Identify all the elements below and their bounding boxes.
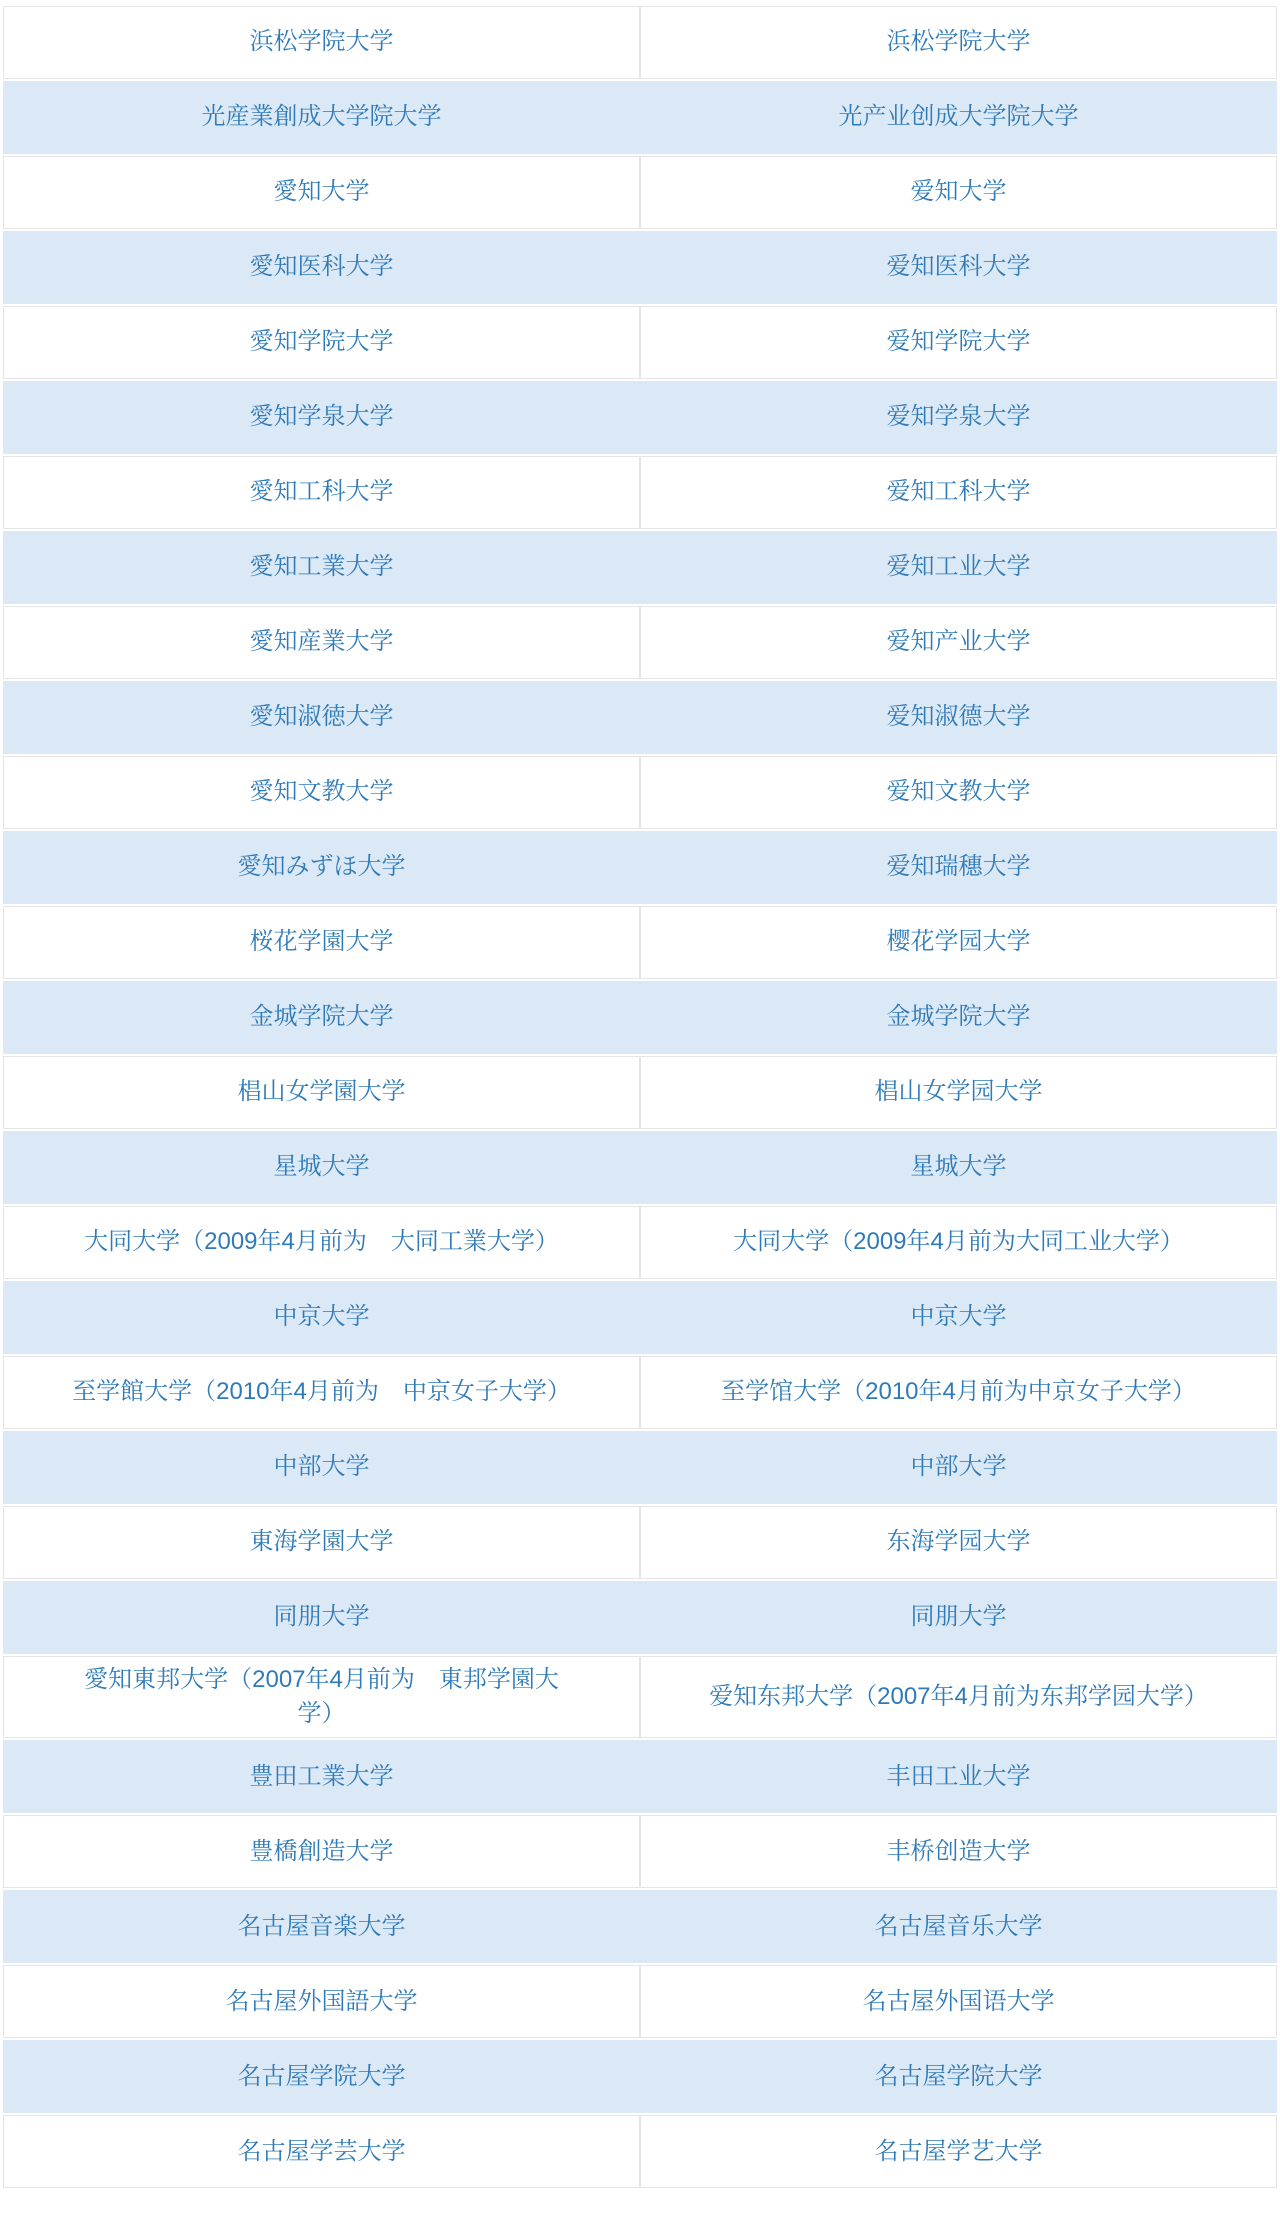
university-name-ja-cell: 東海学園大学 <box>3 1506 640 1579</box>
university-name-zh: 大同大学（2009年4月前为大同工业大学） <box>733 1225 1184 1259</box>
university-name-ja: 愛知淑徳大学 <box>250 700 394 734</box>
university-name-zh-cell: 名古屋外国语大学 <box>640 1965 1277 2038</box>
university-name-ja-cell: 至学館大学（2010年4月前为 中京女子大学） <box>3 1356 640 1429</box>
table-row: 愛知みずほ大学爱知瑞穗大学 <box>3 831 1277 904</box>
university-name-ja-cell: 名古屋外国語大学 <box>3 1965 640 2038</box>
university-name-ja: 愛知東邦大学（2007年4月前为 東邦学園大学） <box>69 1663 574 1731</box>
university-name-zh: 椙山女学园大学 <box>875 1075 1043 1109</box>
university-name-zh: 同朋大学 <box>911 1600 1007 1634</box>
university-name-zh-cell: 浜松学院大学 <box>640 6 1277 79</box>
table-row: 東海学園大学东海学园大学 <box>3 1506 1277 1579</box>
university-name-ja-cell: 光産業創成大学院大学 <box>3 81 640 154</box>
university-name-zh: 爱知工科大学 <box>887 475 1031 509</box>
table-row: 愛知文教大学爱知文教大学 <box>3 756 1277 829</box>
university-name-zh-cell: 中京大学 <box>640 1281 1277 1354</box>
table-row: 愛知大学爱知大学 <box>3 156 1277 229</box>
university-name-ja-cell: 愛知東邦大学（2007年4月前为 東邦学園大学） <box>3 1656 640 1738</box>
university-name-ja: 愛知医科大学 <box>250 250 394 284</box>
page: 浜松学院大学浜松学院大学光産業創成大学院大学光产业创成大学院大学愛知大学爱知大学… <box>0 4 1280 2228</box>
university-name-ja-cell: 中部大学 <box>3 1431 640 1504</box>
university-name-zh-cell: 大同大学（2009年4月前为大同工业大学） <box>640 1206 1277 1279</box>
university-name-zh-cell: 爱知工业大学 <box>640 531 1277 604</box>
table-row: 椙山女学園大学椙山女学园大学 <box>3 1056 1277 1129</box>
table-row: 名古屋学院大学名古屋学院大学 <box>3 2040 1277 2113</box>
university-name-ja: 豊橋創造大学 <box>250 1835 394 1869</box>
university-name-ja: 椙山女学園大学 <box>238 1075 406 1109</box>
table-row: 愛知学泉大学爱知学泉大学 <box>3 381 1277 454</box>
university-name-zh-cell: 椙山女学园大学 <box>640 1056 1277 1129</box>
university-name-ja: 愛知文教大学 <box>250 775 394 809</box>
university-name-zh: 丰田工业大学 <box>887 1760 1031 1794</box>
university-name-zh-cell: 金城学院大学 <box>640 981 1277 1054</box>
university-name-zh: 爱知工业大学 <box>887 550 1031 584</box>
university-name-ja-cell: 豊田工業大学 <box>3 1740 640 1813</box>
university-name-ja-cell: 愛知工業大学 <box>3 531 640 604</box>
university-name-zh-cell: 丰桥创造大学 <box>640 1815 1277 1888</box>
table-row: 桜花学園大学樱花学园大学 <box>3 906 1277 979</box>
university-name-zh: 名古屋学院大学 <box>875 2060 1043 2094</box>
university-name-ja-cell: 愛知みずほ大学 <box>3 831 640 904</box>
university-name-ja: 東海学園大学 <box>250 1525 394 1559</box>
university-name-zh: 丰桥创造大学 <box>887 1835 1031 1869</box>
table-row: 大同大学（2009年4月前为 大同工業大学）大同大学（2009年4月前为大同工业… <box>3 1206 1277 1279</box>
table-row: 愛知医科大学爱知医科大学 <box>3 231 1277 304</box>
table-row: 愛知東邦大学（2007年4月前为 東邦学園大学）爱知东邦大学（2007年4月前为… <box>3 1656 1277 1738</box>
university-name-zh-cell: 爱知医科大学 <box>640 231 1277 304</box>
university-name-ja: 愛知学院大学 <box>250 325 394 359</box>
university-name-ja: 金城学院大学 <box>250 1000 394 1034</box>
university-name-ja: 愛知工科大学 <box>250 475 394 509</box>
university-name-ja: 同朋大学 <box>274 1600 370 1634</box>
university-name-zh: 爱知文教大学 <box>887 775 1031 809</box>
university-table: 浜松学院大学浜松学院大学光産業創成大学院大学光产业创成大学院大学愛知大学爱知大学… <box>3 4 1277 2190</box>
university-name-zh-cell: 爱知工科大学 <box>640 456 1277 529</box>
university-name-zh-cell: 爱知学泉大学 <box>640 381 1277 454</box>
university-name-ja-cell: 名古屋音楽大学 <box>3 1890 640 1963</box>
university-name-zh-cell: 同朋大学 <box>640 1581 1277 1654</box>
university-name-zh: 浜松学院大学 <box>887 25 1031 59</box>
university-name-ja: 愛知工業大学 <box>250 550 394 584</box>
university-name-ja: 至学館大学（2010年4月前为 中京女子大学） <box>72 1375 571 1409</box>
university-name-zh-cell: 爱知大学 <box>640 156 1277 229</box>
university-name-zh: 金城学院大学 <box>887 1000 1031 1034</box>
table-row: 愛知工業大学爱知工业大学 <box>3 531 1277 604</box>
university-name-ja: 大同大学（2009年4月前为 大同工業大学） <box>84 1225 559 1259</box>
university-name-zh: 爱知东邦大学（2007年4月前为东邦学园大学） <box>709 1680 1208 1714</box>
university-name-ja: 愛知みずほ大学 <box>238 850 406 884</box>
university-name-zh: 爱知淑德大学 <box>887 700 1031 734</box>
university-name-zh-cell: 爱知瑞穗大学 <box>640 831 1277 904</box>
university-name-ja-cell: 同朋大学 <box>3 1581 640 1654</box>
university-name-ja-cell: 愛知産業大学 <box>3 606 640 679</box>
university-name-ja-cell: 椙山女学園大学 <box>3 1056 640 1129</box>
university-name-ja-cell: 浜松学院大学 <box>3 6 640 79</box>
university-name-ja-cell: 豊橋創造大学 <box>3 1815 640 1888</box>
university-name-zh: 星城大学 <box>911 1150 1007 1184</box>
table-row: 名古屋外国語大学名古屋外国语大学 <box>3 1965 1277 2038</box>
university-name-ja: 愛知大学 <box>274 175 370 209</box>
university-name-zh-cell: 爱知学院大学 <box>640 306 1277 379</box>
university-name-zh: 爱知瑞穗大学 <box>887 850 1031 884</box>
university-name-ja: 光産業創成大学院大学 <box>202 100 442 134</box>
university-name-ja-cell: 愛知医科大学 <box>3 231 640 304</box>
university-name-ja: 中部大学 <box>274 1450 370 1484</box>
university-name-ja-cell: 愛知文教大学 <box>3 756 640 829</box>
university-name-zh-cell: 爱知淑德大学 <box>640 681 1277 754</box>
university-name-zh-cell: 至学馆大学（2010年4月前为中京女子大学） <box>640 1356 1277 1429</box>
university-name-ja: 名古屋学芸大学 <box>238 2135 406 2169</box>
university-name-zh: 爱知大学 <box>911 175 1007 209</box>
university-name-zh-cell: 星城大学 <box>640 1131 1277 1204</box>
university-name-zh: 爱知产业大学 <box>887 625 1031 659</box>
table-row: 中京大学中京大学 <box>3 1281 1277 1354</box>
university-name-zh-cell: 东海学园大学 <box>640 1506 1277 1579</box>
university-name-zh: 樱花学园大学 <box>887 925 1031 959</box>
university-name-zh-cell: 名古屋学艺大学 <box>640 2115 1277 2188</box>
university-name-ja-cell: 金城学院大学 <box>3 981 640 1054</box>
table-row: 名古屋音楽大学名古屋音乐大学 <box>3 1890 1277 1963</box>
university-name-ja-cell: 中京大学 <box>3 1281 640 1354</box>
university-name-ja: 星城大学 <box>274 1150 370 1184</box>
university-name-ja-cell: 愛知淑徳大学 <box>3 681 640 754</box>
university-name-zh: 名古屋学艺大学 <box>875 2135 1043 2169</box>
table-row: 星城大学星城大学 <box>3 1131 1277 1204</box>
university-name-zh: 爱知学泉大学 <box>887 400 1031 434</box>
university-name-ja: 浜松学院大学 <box>250 25 394 59</box>
university-name-ja-cell: 大同大学（2009年4月前为 大同工業大学） <box>3 1206 640 1279</box>
table-row: 同朋大学同朋大学 <box>3 1581 1277 1654</box>
table-row: 豊田工業大学丰田工业大学 <box>3 1740 1277 1813</box>
university-name-zh-cell: 爱知产业大学 <box>640 606 1277 679</box>
table-row: 浜松学院大学浜松学院大学 <box>3 6 1277 79</box>
university-name-ja-cell: 愛知大学 <box>3 156 640 229</box>
university-name-ja: 名古屋外国語大学 <box>226 1985 418 2019</box>
university-name-zh-cell: 名古屋音乐大学 <box>640 1890 1277 1963</box>
university-name-ja: 桜花学園大学 <box>250 925 394 959</box>
university-name-ja: 名古屋音楽大学 <box>238 1910 406 1944</box>
university-name-ja: 名古屋学院大学 <box>238 2060 406 2094</box>
university-table-body: 浜松学院大学浜松学院大学光産業創成大学院大学光产业创成大学院大学愛知大学爱知大学… <box>3 6 1277 2188</box>
university-name-ja-cell: 星城大学 <box>3 1131 640 1204</box>
university-name-zh-cell: 丰田工业大学 <box>640 1740 1277 1813</box>
university-name-zh: 爱知学院大学 <box>887 325 1031 359</box>
university-name-ja-cell: 愛知学泉大学 <box>3 381 640 454</box>
university-name-zh-cell: 樱花学园大学 <box>640 906 1277 979</box>
university-name-zh-cell: 中部大学 <box>640 1431 1277 1504</box>
table-row: 光産業創成大学院大学光产业创成大学院大学 <box>3 81 1277 154</box>
university-name-ja: 豊田工業大学 <box>250 1760 394 1794</box>
table-row: 金城学院大学金城学院大学 <box>3 981 1277 1054</box>
university-name-ja: 中京大学 <box>274 1300 370 1334</box>
table-row: 愛知工科大学爱知工科大学 <box>3 456 1277 529</box>
university-name-zh: 至学馆大学（2010年4月前为中京女子大学） <box>721 1375 1196 1409</box>
table-row: 中部大学中部大学 <box>3 1431 1277 1504</box>
table-row: 名古屋学芸大学名古屋学艺大学 <box>3 2115 1277 2188</box>
university-name-ja-cell: 桜花学園大学 <box>3 906 640 979</box>
university-name-ja-cell: 愛知工科大学 <box>3 456 640 529</box>
university-name-zh-cell: 爱知文教大学 <box>640 756 1277 829</box>
university-name-zh: 东海学园大学 <box>887 1525 1031 1559</box>
university-name-ja-cell: 名古屋学院大学 <box>3 2040 640 2113</box>
university-name-zh-cell: 爱知东邦大学（2007年4月前为东邦学园大学） <box>640 1656 1277 1738</box>
university-name-zh-cell: 光产业创成大学院大学 <box>640 81 1277 154</box>
university-name-zh: 爱知医科大学 <box>887 250 1031 284</box>
table-row: 愛知学院大学爱知学院大学 <box>3 306 1277 379</box>
university-name-ja-cell: 名古屋学芸大学 <box>3 2115 640 2188</box>
university-name-zh: 光产业创成大学院大学 <box>839 100 1079 134</box>
university-name-zh: 名古屋音乐大学 <box>875 1910 1043 1944</box>
university-name-ja-cell: 愛知学院大学 <box>3 306 640 379</box>
table-row: 愛知産業大学爱知产业大学 <box>3 606 1277 679</box>
university-name-zh: 名古屋外国语大学 <box>863 1985 1055 2019</box>
university-name-ja: 愛知産業大学 <box>250 625 394 659</box>
table-row: 至学館大学（2010年4月前为 中京女子大学）至学馆大学（2010年4月前为中京… <box>3 1356 1277 1429</box>
table-row: 愛知淑徳大学爱知淑德大学 <box>3 681 1277 754</box>
university-name-zh: 中京大学 <box>911 1300 1007 1334</box>
university-name-ja: 愛知学泉大学 <box>250 400 394 434</box>
university-name-zh-cell: 名古屋学院大学 <box>640 2040 1277 2113</box>
table-row: 豊橋創造大学丰桥创造大学 <box>3 1815 1277 1888</box>
university-name-zh: 中部大学 <box>911 1450 1007 1484</box>
